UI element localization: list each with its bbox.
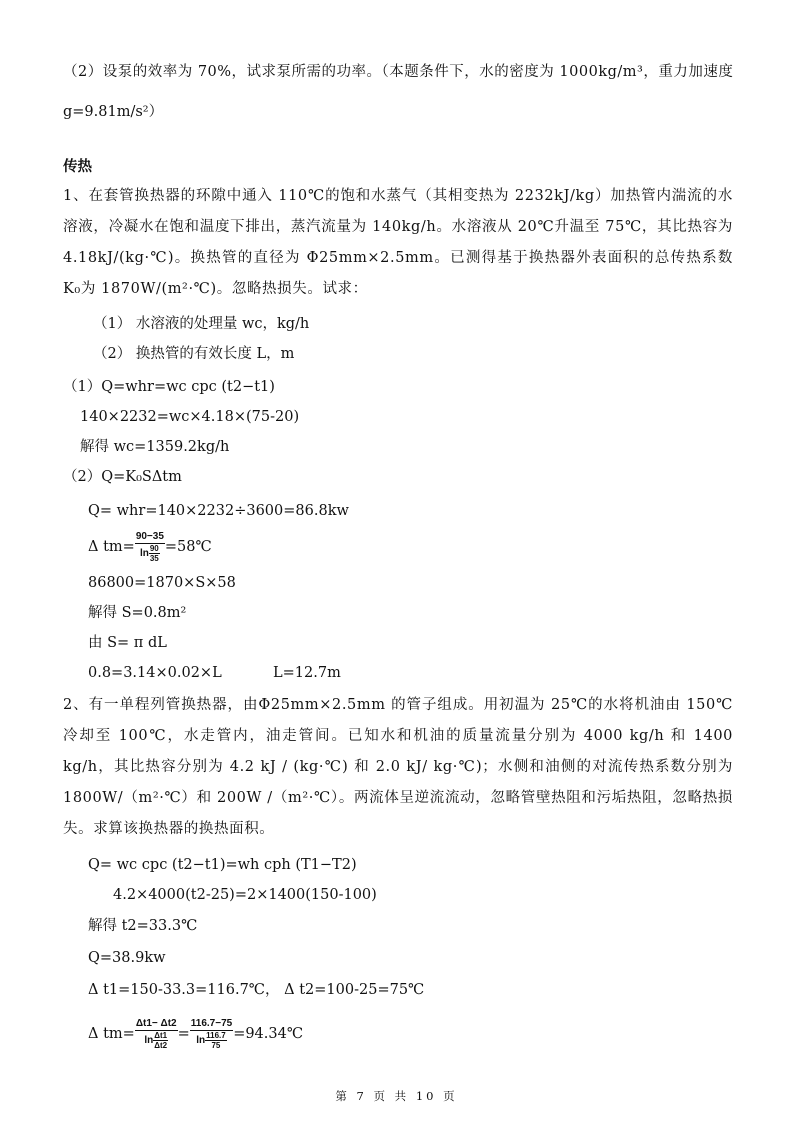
section-heading: 传热 [63, 157, 92, 177]
solution2-heat-duty: Q= whr=140×2232÷3600=86.8kw [88, 501, 349, 521]
problem1-question2: （2） 换热管的有效长度 L，m [93, 344, 294, 364]
solution2-equation: （2）Q=K₀SΔtm [63, 467, 182, 487]
p2-solution-equation: Q= wc cpc (t2−t1)=wh cph (T1−T2) [88, 855, 357, 875]
pump-question-line1: （2）设泵的效率为 70%，试求泵所需的功率。（本题条件下，水的密度为 1000… [63, 62, 733, 82]
problem1-text: 1、在套管换热器的环隙中通入 110℃的饱和水蒸气（其相变热为 2232kJ/k… [63, 181, 733, 305]
solution2-relation: 由 S= π dL [88, 633, 167, 653]
solution2-area-calc: 86800=1870×S×58 [88, 573, 236, 593]
ln-label: ln [140, 548, 149, 559]
p2-ln-num1: Δt1 [153, 1031, 168, 1041]
lmtd-denominator: ln9035 [135, 544, 165, 563]
ln-denominator: 35 [150, 554, 159, 563]
p2-lmtd-fraction2: 116.7−75ln116.775 [190, 1018, 233, 1050]
p2-ln-den2: 75 [211, 1041, 220, 1050]
problem1-question1: （1） 水溶液的处理量 wc，kg/h [93, 314, 309, 334]
p2-solution-lmtd: Δ tm=Δt1− Δt2lnΔt1Δt2=116.7−75ln116.775=… [88, 1018, 303, 1050]
lmtd-result: =58℃ [165, 539, 212, 555]
solution1-equation: （1）Q=whr=wc cpc (t2−t1) [63, 377, 275, 397]
p2-ln-num2: 116.7 [205, 1031, 227, 1041]
pump-question-line2: g=9.81m/s²） [63, 102, 163, 122]
p2-lmtd-numerator2: 116.7−75 [190, 1018, 233, 1031]
ln-numerator: 90 [149, 544, 160, 554]
p2-solution-calc: 4.2×4000(t2-25)=2×1400(150-100) [113, 885, 377, 905]
solution2-lmtd: Δ tm=90−35ln9035=58℃ [88, 531, 212, 563]
solution1-calc: 140×2232=wc×4.18×(75-20) [80, 407, 299, 427]
solution1-result: 解得 wc=1359.2kg/h [80, 437, 229, 457]
solution2-area-result: 解得 S=0.8m² [88, 603, 186, 623]
p2-solution-q: Q=38.9kw [88, 948, 166, 968]
lmtd-numerator: 90−35 [135, 531, 165, 544]
page-number: 第 7 页 共 10 页 [0, 1088, 793, 1104]
solution2-length-result: L=12.7m [273, 663, 341, 683]
p2-lmtd-numerator1: Δt1− Δt2 [135, 1018, 178, 1031]
problem2-text: 2、有一单程列管换热器，由Φ25mm×2.5mm 的管子组成。用初温为 25℃的… [63, 690, 733, 845]
p2-solution-dt: Δ t1=150-33.3=116.7℃， Δ t2=100-25=75℃ [88, 980, 424, 1000]
p2-ln-den1: Δt2 [154, 1041, 167, 1050]
p2-solution-t2: 解得 t2=33.3℃ [88, 916, 197, 936]
p2-lmtd-result: =94.34℃ [233, 1026, 303, 1042]
lmtd-fraction: 90−35ln9035 [135, 531, 165, 563]
p2-lmtd-prefix: Δ tm= [88, 1026, 135, 1042]
lmtd-prefix: Δ tm= [88, 539, 135, 555]
solution2-length-calc: 0.8=3.14×0.02×L [88, 663, 222, 683]
p2-lmtd-fraction1: Δt1− Δt2lnΔt1Δt2 [135, 1018, 178, 1050]
